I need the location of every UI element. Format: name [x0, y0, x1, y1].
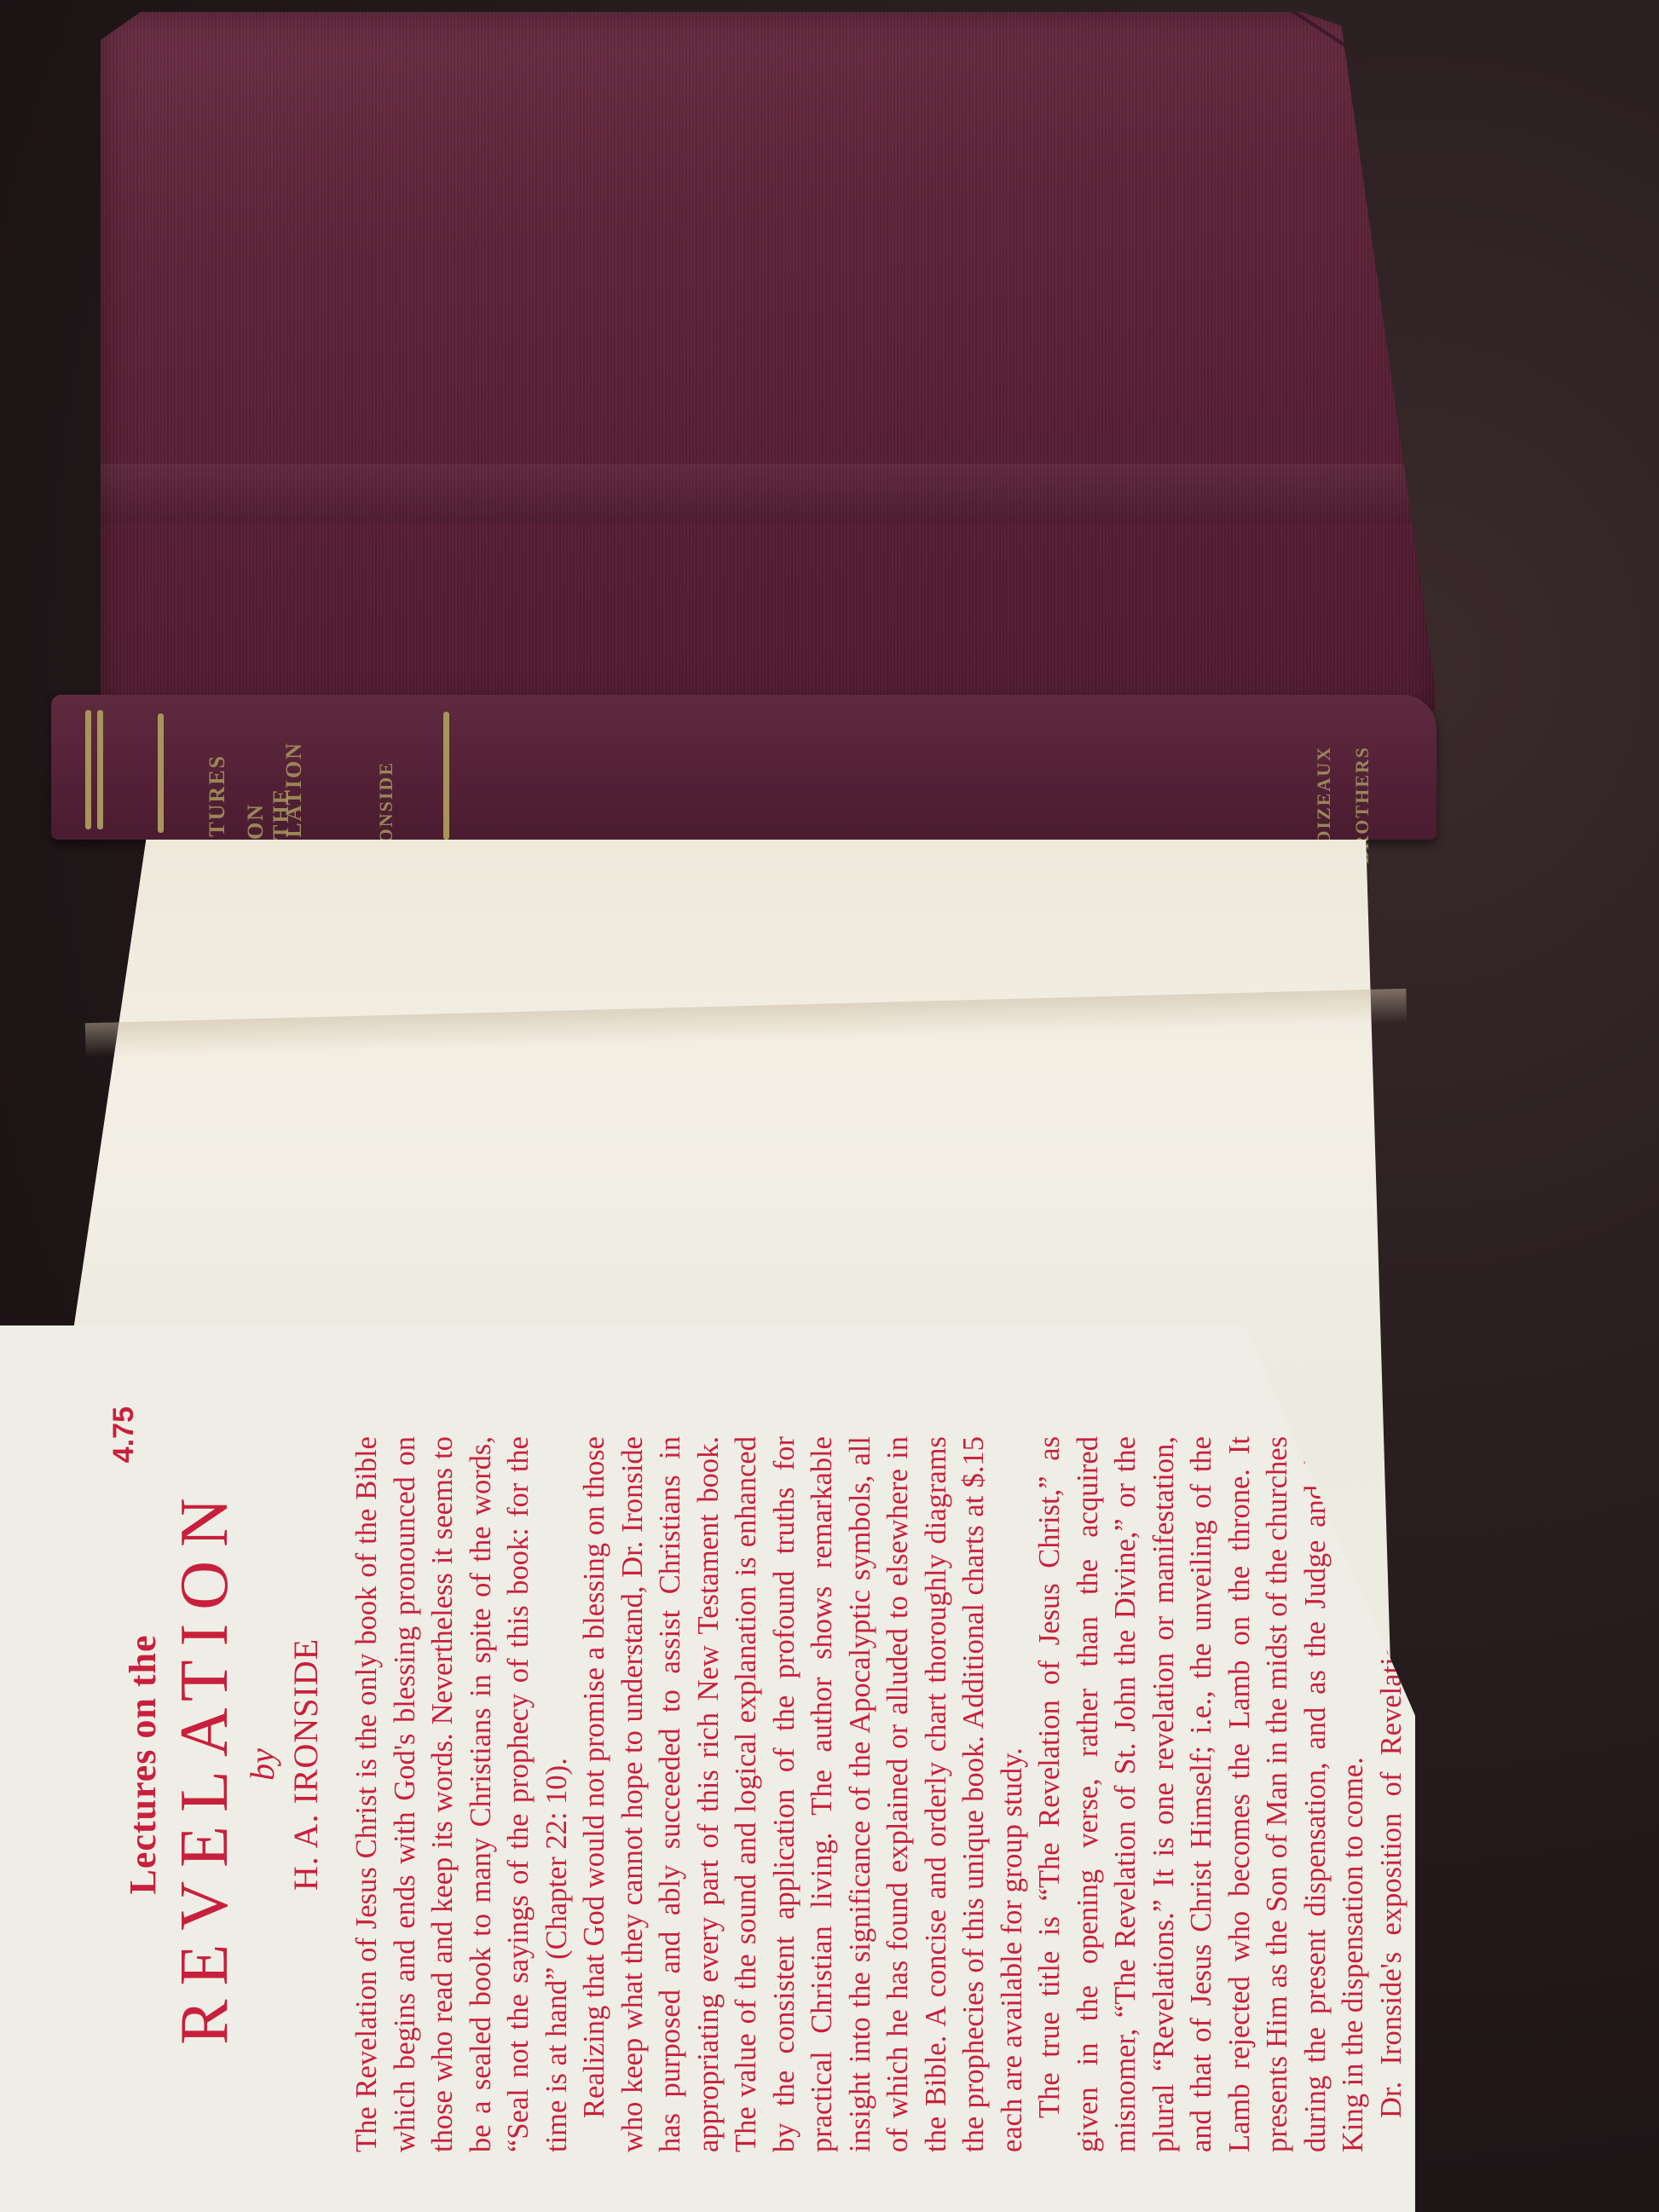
series-line: Lectures on the	[121, 1377, 165, 2152]
cover-crease	[101, 464, 1435, 523]
publisher-location: Neptune, New Jersey	[1645, 1377, 1659, 2152]
gilt-band-icon	[443, 712, 449, 840]
gilt-band-icon	[158, 713, 164, 833]
blurb-paragraph: Realizing that God would not promise a b…	[575, 1436, 1031, 2152]
author-name: H. A. IRONSIDE	[286, 1377, 326, 2152]
by-line: by	[242, 1377, 282, 2152]
book-cover	[101, 12, 1435, 711]
photo-scene: LECTURES ON THE REVELATION IRONSIDE LOIZ…	[0, 0, 1659, 2212]
blurb-paragraph: The true title is “The Revelation of Jes…	[1031, 1436, 1373, 2152]
cloth-texture	[101, 12, 1435, 711]
jacket-flap: 4.75 Lectures on the REVELATION by H. A.…	[0, 1325, 1415, 2212]
blurb-paragraph: The Revelation of Jesus Christ is the on…	[348, 1436, 575, 2152]
publisher-name: Loizeaux Brothers, Bible Truth Depot	[1610, 1534, 1645, 2053]
divider-rule	[1587, 1436, 1591, 2152]
flap-text-block: 4.75 Lectures on the REVELATION by H. A.…	[26, 1325, 1390, 2203]
gilt-band-icon	[85, 710, 91, 829]
gilt-band-icon	[97, 710, 103, 829]
blurb-paragraph: Dr. Ironside's exposition of Revelation …	[1373, 1436, 1563, 2152]
book-spine: LECTURES ON THE REVELATION IRONSIDE LOIZ…	[51, 695, 1436, 840]
publisher-line: Loizeaux Brothers, Bible Truth Depot	[1610, 1377, 1645, 2152]
book-title: REVELATION	[166, 1377, 244, 2152]
price-label: 4.75	[107, 1406, 141, 1463]
